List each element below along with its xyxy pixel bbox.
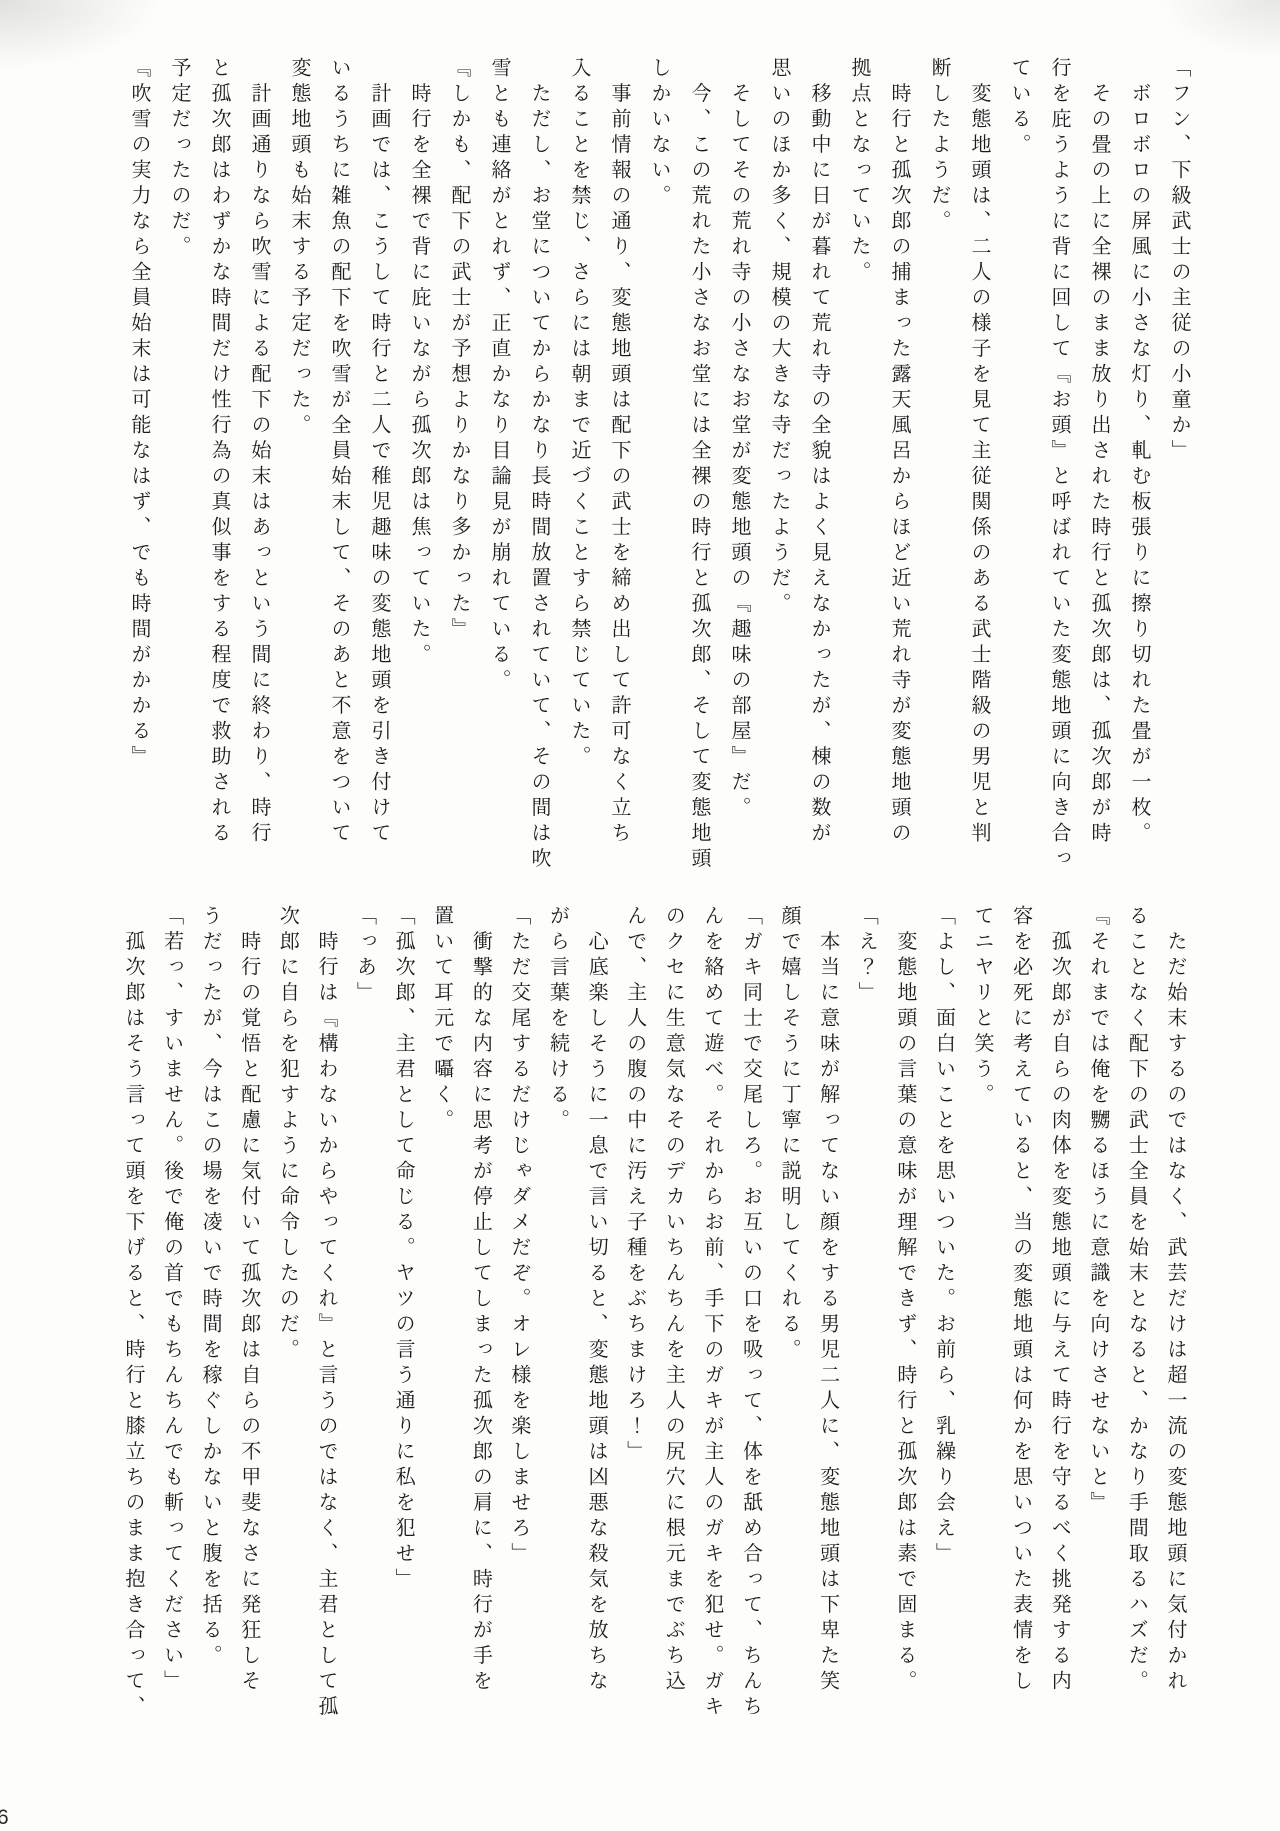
text-column: 『それまでは俺を嬲るほうに意識を向けさせないと』 bbox=[1079, 905, 1118, 1777]
text-column: しかいない。 bbox=[640, 57, 680, 889]
text-column: 行を庇うように背に回して『お頭』と呼ばれていた変態地頭に向き合っ bbox=[1040, 57, 1080, 889]
text-column: 「ガキ同士で交尾しろ。お互いの口を吸って、体を舐め合って、ちんち bbox=[732, 905, 771, 1777]
text-column: 「若っ、すいません。後で俺の首でもちんちんでも斬ってください」 bbox=[153, 905, 192, 1777]
text-column: 孤次郎はそう言って頭を下げると、時行と膝立ちのまま抱き合って、 bbox=[114, 905, 153, 1777]
text-column: 「ただ交尾するだけじゃダメだぞ。オレ様を楽しませろ」 bbox=[500, 905, 539, 1777]
text-column: 「え？」 bbox=[848, 905, 887, 1777]
text-column: 「フン、下級武士の主従の小童か」 bbox=[1160, 57, 1200, 889]
text-column: 変態地頭は、二人の様子を見て主従関係のある武士階級の男児と判 bbox=[960, 57, 1000, 889]
text-column: 断したようだ。 bbox=[920, 57, 960, 889]
text-column: 時行は『構わないからやってくれ』と言うのではなく、主君として孤 bbox=[307, 905, 346, 1777]
text-column: 変態地頭も始末する予定だった。 bbox=[280, 57, 320, 889]
text-column: 入ることを禁じ、さらには朝まで近づくことすら禁じていた。 bbox=[560, 57, 600, 889]
text-column: 衝撃的な内容に思考が停止してしまった孤次郎の肩に、時行が手を bbox=[462, 905, 501, 1777]
text-column: 顔で嬉しそうに丁寧に説明してくれる。 bbox=[770, 905, 809, 1777]
text-column: 『しかも、配下の武士が予想よりかなり多かった』 bbox=[440, 57, 480, 889]
text-column: 時行を全裸で背に庇いながら孤次郎は焦っていた。 bbox=[400, 57, 440, 889]
page-number: 6 bbox=[0, 1806, 9, 1830]
text-column: んで、主人の腹の中に汚え子種をぶちまけろ！」 bbox=[616, 905, 655, 1777]
text-column: 次郎に自らを犯すように命令したのだ。 bbox=[269, 905, 308, 1777]
text-column: いるうちに雑魚の配下を吹雪が全員始末して、そのあと不意をついて bbox=[320, 57, 360, 889]
text-column: ただし、お堂についてからかなり長時間放置されていて、その間は吹 bbox=[520, 57, 560, 889]
bottom-text-block: ただ始末するのではなく、武芸だけは超一流の変態地頭に気付かれることなく配下の武士… bbox=[114, 905, 1195, 1777]
text-column: 置いて耳元で囁く。 bbox=[423, 905, 462, 1777]
text-column: 容を必死に考えていると、当の変態地頭は何かを思いついた表情をし bbox=[1002, 905, 1041, 1777]
text-column: 移動中に日が暮れて荒れ寺の全貌はよく見えなかったが、棟の数が bbox=[800, 57, 840, 889]
top-text-block: 「フン、下級武士の主従の小童か」 ボロボロの屏風に小さな灯り、軋む板張りに擦り切… bbox=[120, 57, 1200, 889]
manuscript-page: 「フン、下級武士の主従の小童か」 ボロボロの屏風に小さな灯り、軋む板張りに擦り切… bbox=[0, 0, 1280, 1831]
text-column: 孤次郎が自らの肉体を変態地頭に与えて時行を守るべく挑発する内 bbox=[1041, 905, 1080, 1777]
text-column: 拠点となっていた。 bbox=[840, 57, 880, 889]
text-column: 心底楽しそうに一息で言い切ると、変態地頭は凶悪な殺気を放ちな bbox=[578, 905, 617, 1777]
text-column: 思いのほか多く、規模の大きな寺だったようだ。 bbox=[760, 57, 800, 889]
text-column: 「っあ」 bbox=[346, 905, 385, 1777]
text-column: 予定だったのだ。 bbox=[160, 57, 200, 889]
text-column: てニヤリと笑う。 bbox=[963, 905, 1002, 1777]
text-column: ている。 bbox=[1000, 57, 1040, 889]
text-column: 計画通りなら吹雪による配下の始末はあっという間に終わり、時行 bbox=[240, 57, 280, 889]
text-column: 計画では、こうして時行と二人で稚児趣味の変態地頭を引き付けて bbox=[360, 57, 400, 889]
text-column: 今、この荒れた小さなお堂には全裸の時行と孤次郎、そして変態地頭 bbox=[680, 57, 720, 889]
text-column: 事前情報の通り、変態地頭は配下の武士を締め出して許可なく立ち bbox=[600, 57, 640, 889]
text-column: 時行と孤次郎の捕まった露天風呂からほど近い荒れ寺が変態地頭の bbox=[880, 57, 920, 889]
text-column: 『吹雪の実力なら全員始末は可能なはず、でも時間がかかる』 bbox=[120, 57, 160, 889]
text-column: 「孤次郎、主君として命じる。ヤツの言う通りに私を犯せ」 bbox=[385, 905, 424, 1777]
text-column: と孤次郎はわずかな時間だけ性行為の真似事をする程度で救助される bbox=[200, 57, 240, 889]
text-column: 本当に意味が解ってない顔をする男児二人に、変態地頭は下卑た笑 bbox=[809, 905, 848, 1777]
text-column: 「よし、面白いことを思いついた。お前ら、乳繰り会え」 bbox=[925, 905, 964, 1777]
text-column: のクセに生意気なそのデカいちんちんを主人の尻穴に根元までぶち込 bbox=[655, 905, 694, 1777]
text-column: ボロボロの屏風に小さな灯り、軋む板張りに擦り切れた畳が一枚。 bbox=[1120, 57, 1160, 889]
text-column: 時行の覚悟と配慮に気付いて孤次郎は自らの不甲斐なさに発狂しそ bbox=[230, 905, 269, 1777]
text-column: その畳の上に全裸のまま放り出された時行と孤次郎は、孤次郎が時 bbox=[1080, 57, 1120, 889]
text-column: んを絡めて遊べ。それからお前、手下のガキが主人のガキを犯せ。ガキ bbox=[693, 905, 732, 1777]
text-column: がら言葉を続ける。 bbox=[539, 905, 578, 1777]
text-column: うだったが、今はこの場を凌いで時間を稼ぐしかないと腹を括る。 bbox=[192, 905, 231, 1777]
text-column: ただ始末するのではなく、武芸だけは超一流の変態地頭に気付かれ bbox=[1156, 905, 1195, 1777]
text-column: 変態地頭の言葉の意味が理解できず、時行と孤次郎は素で固まる。 bbox=[886, 905, 925, 1777]
text-column: 雪とも連絡がとれず、正直かなり目論見が崩れている。 bbox=[480, 57, 520, 889]
text-column: ることなく配下の武士全員を始末となると、かなり手間取るハズだ。 bbox=[1118, 905, 1157, 1777]
text-column: そしてその荒れ寺の小さなお堂が変態地頭の『趣味の部屋』だ。 bbox=[720, 57, 760, 889]
